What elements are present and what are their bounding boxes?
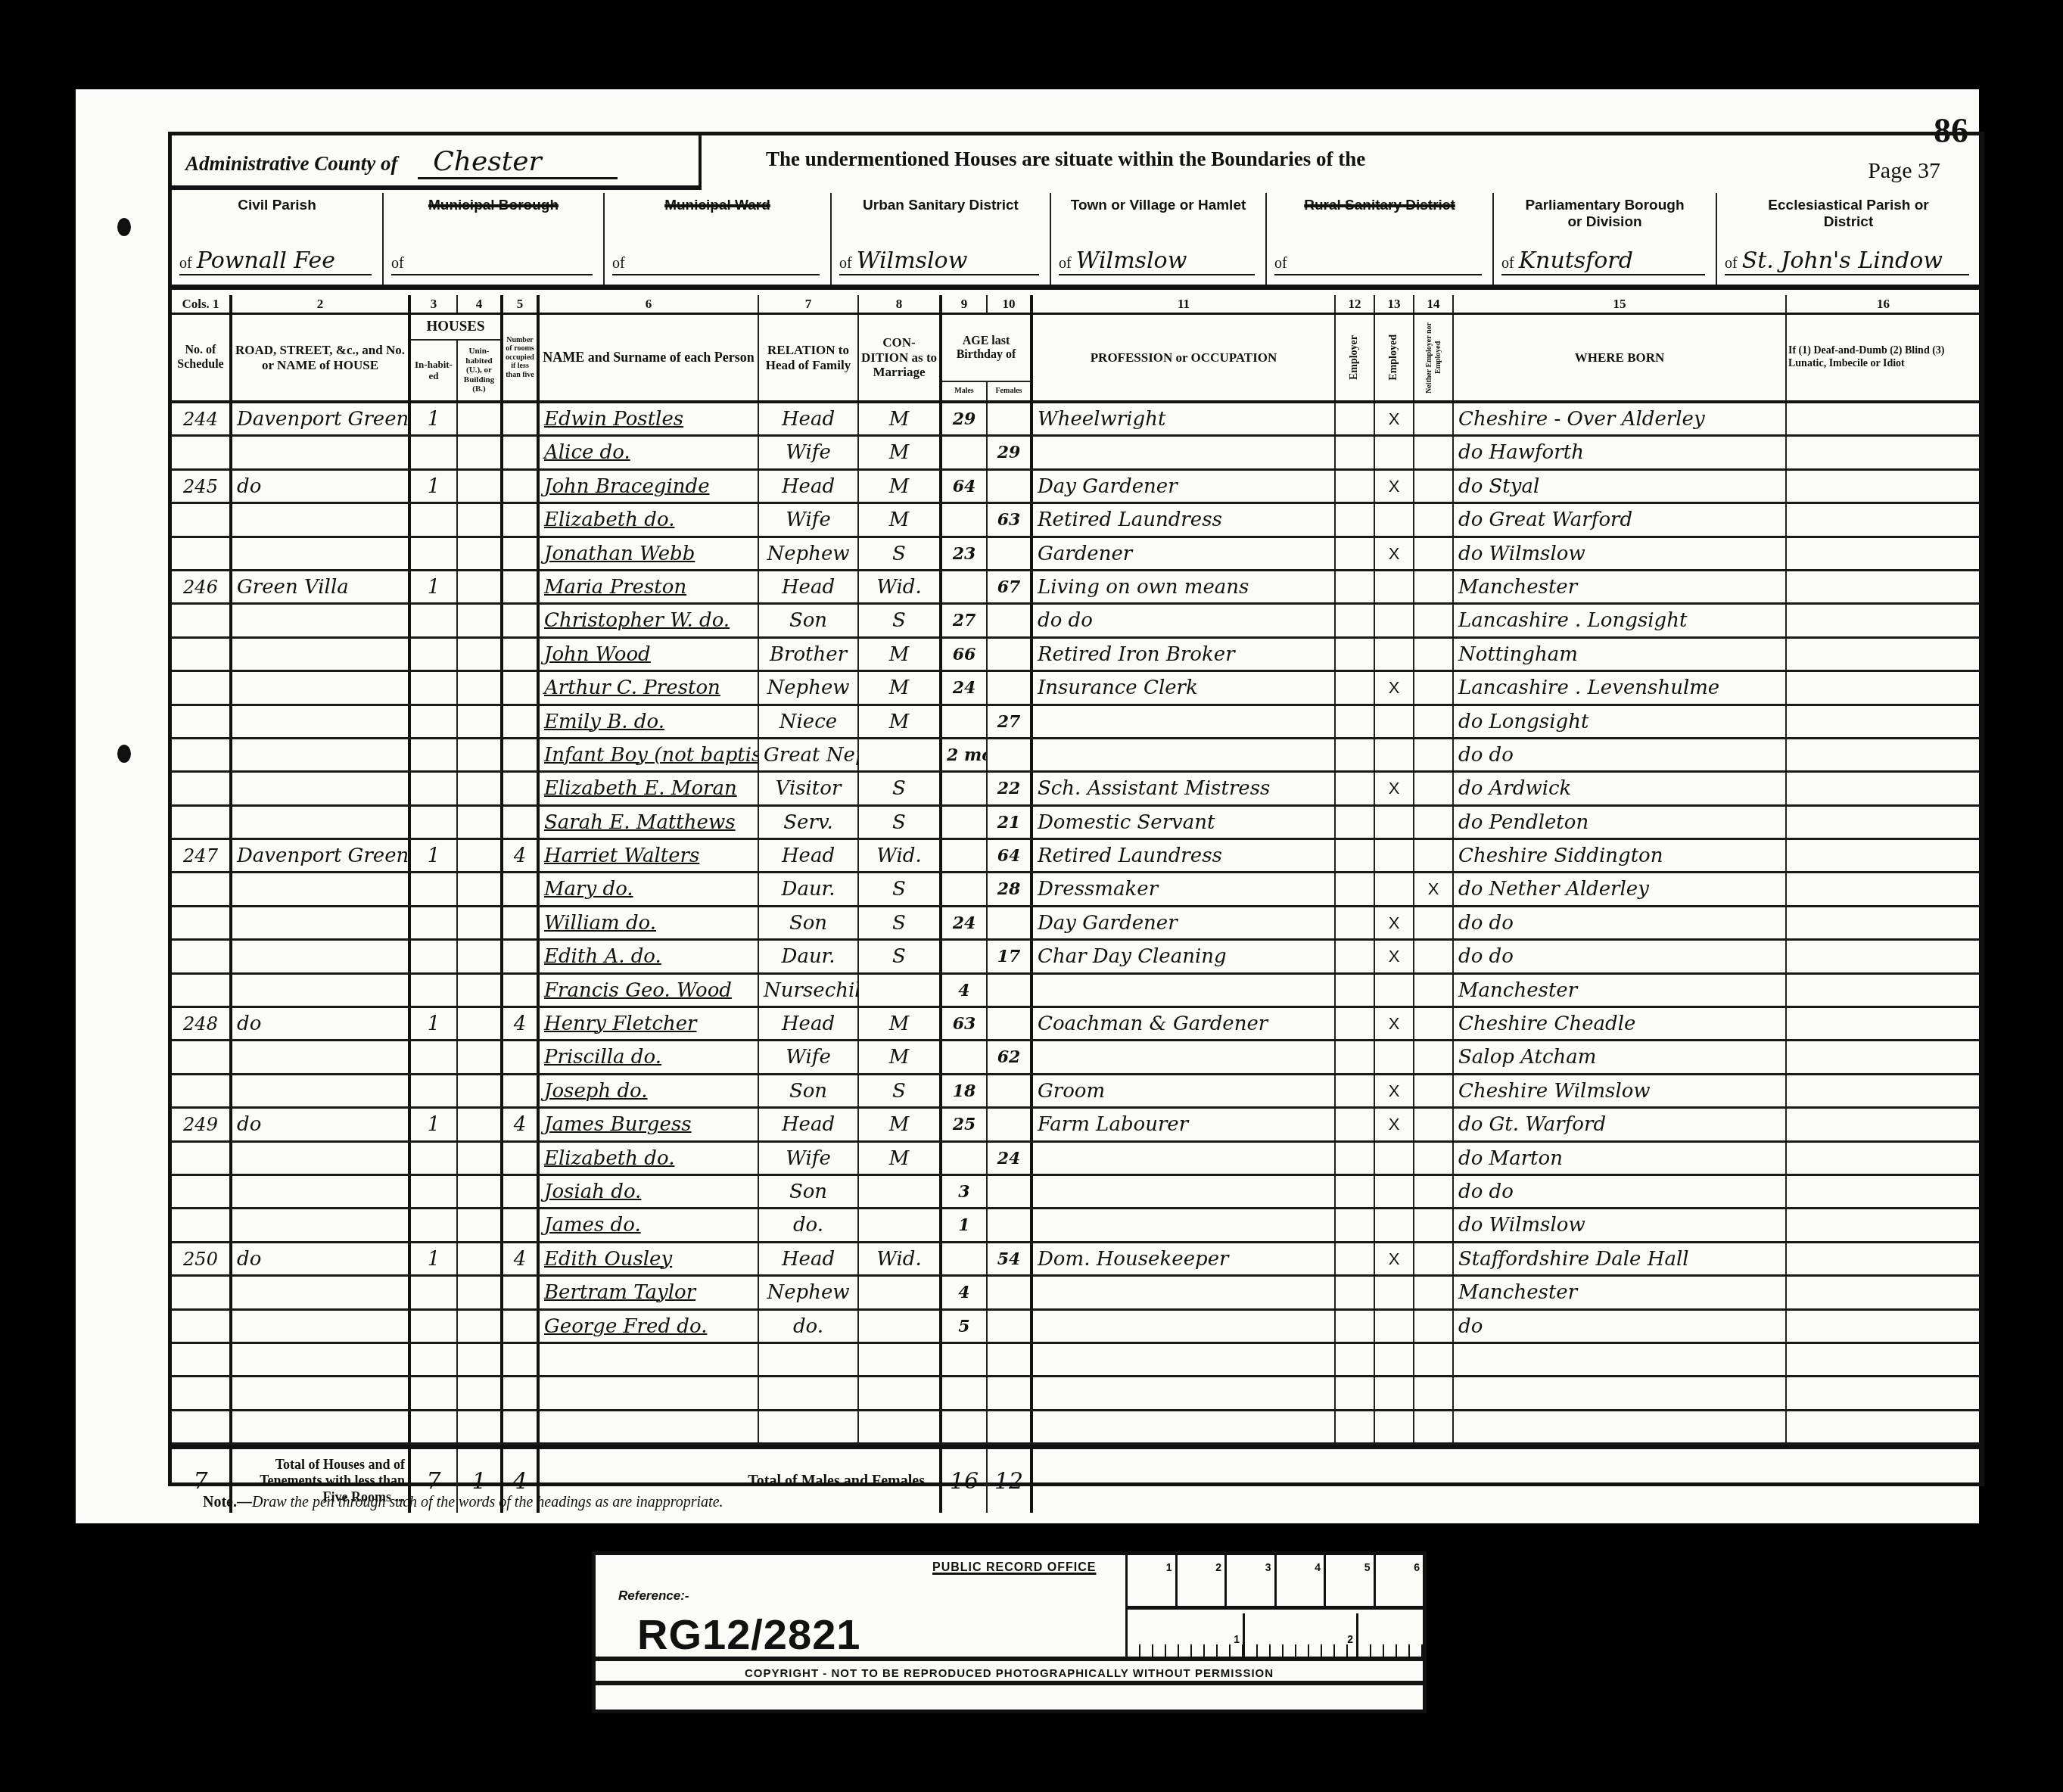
person-name: Edwin Postles [540, 403, 759, 434]
occupation: Gardener [1033, 538, 1336, 569]
schedule-number [172, 1176, 232, 1207]
table-row: William do.SonS24Day GardenerXdo do [172, 907, 1980, 941]
inhabited [411, 706, 458, 737]
rooms [503, 403, 540, 434]
condition: Wid. [859, 840, 942, 871]
neither-mark [1414, 471, 1454, 502]
scale-inch: 1 2 [1128, 1613, 1425, 1661]
schedule-number [172, 1143, 232, 1174]
relation: Son [759, 605, 859, 636]
rooms [503, 1411, 540, 1442]
schedule-number [172, 1377, 232, 1408]
uninhabited [458, 873, 503, 904]
where-born: do Longsight [1454, 706, 1787, 737]
male-age [942, 807, 988, 838]
colnum: 10 [988, 295, 1033, 313]
table-row: Arthur C. PrestonNephewM24Insurance Cler… [172, 672, 1980, 705]
employer-mark [1336, 538, 1375, 569]
infirmity [1787, 739, 1980, 770]
uninhabited [458, 907, 503, 938]
header-neither: Neither Employer nor Employed [1414, 315, 1454, 400]
scale-tick [1358, 1613, 1425, 1661]
of-prefix: of [612, 255, 625, 272]
table-row: 245do1John BracegindeHeadM64Day Gardener… [172, 471, 1980, 504]
neither-mark [1414, 1075, 1454, 1106]
table-row: Bertram TaylorNephew4Manchester [172, 1277, 1980, 1310]
header-employer-text: Employer [1349, 335, 1361, 380]
neither-mark [1414, 1243, 1454, 1274]
employed-mark [1375, 1143, 1414, 1174]
neither-mark [1414, 1209, 1454, 1240]
where-born: Salop Atcham [1454, 1041, 1787, 1072]
schedule-number [172, 1344, 232, 1375]
condition: S [859, 941, 942, 972]
schedule-number: 245 [172, 471, 232, 502]
condition: M [859, 471, 942, 502]
of-prefix: of [1274, 255, 1287, 272]
male-age [942, 840, 988, 871]
occupation: Insurance Clerk [1033, 672, 1336, 703]
male-age: 27 [942, 605, 988, 636]
employed-mark: X [1375, 672, 1414, 703]
schedule-number: 247 [172, 840, 232, 871]
rooms [503, 873, 540, 904]
reference-card: PUBLIC RECORD OFFICE Reference:- RG12/28… [592, 1551, 1427, 1713]
schedule-number [172, 437, 232, 468]
relation: do. [759, 1209, 859, 1240]
uninhabited [458, 1243, 503, 1274]
person-name: Elizabeth do. [540, 1143, 759, 1174]
occupation: Day Gardener [1033, 471, 1336, 502]
person-name: James Burgess [540, 1109, 759, 1140]
neither-mark [1414, 706, 1454, 737]
schedule-number [172, 873, 232, 904]
district-label: Town or Village or Hamlet [1051, 198, 1265, 214]
female-age: 28 [988, 873, 1033, 904]
condition: M [859, 437, 942, 468]
female-age [988, 639, 1033, 670]
occupation [1033, 437, 1336, 468]
district-value: of [612, 247, 820, 275]
condition [859, 1311, 942, 1342]
road-or-house: Davenport Green [232, 403, 411, 434]
occupation [1033, 706, 1336, 737]
scale-cm: 1 2 3 4 5 6 [1128, 1555, 1425, 1610]
occupation: Coachman & Gardener [1033, 1008, 1336, 1039]
schedule-number [172, 1277, 232, 1308]
female-age [988, 471, 1033, 502]
male-age [942, 1344, 988, 1375]
table-row: 249do14James BurgessHeadM25Farm Labourer… [172, 1109, 1980, 1142]
road-or-house [232, 1176, 411, 1207]
header-infirmity: If (1) Deaf-and-Dumb (2) Blind (3) Lunat… [1787, 315, 1980, 400]
male-age [942, 1041, 988, 1072]
uninhabited [458, 605, 503, 636]
table-row: 247Davenport Green14Harriet WaltersHeadW… [172, 840, 1980, 873]
employer-mark [1336, 975, 1375, 1006]
employer-mark [1336, 1109, 1375, 1140]
neither-mark: X [1414, 873, 1454, 904]
table-row: Elizabeth do.WifeM24do Marton [172, 1143, 1980, 1176]
employed-mark: X [1375, 941, 1414, 972]
occupation: Retired Laundress [1033, 840, 1336, 871]
relation: Visitor [759, 773, 859, 804]
rooms: 4 [503, 840, 540, 871]
neither-mark [1414, 941, 1454, 972]
employed-mark [1375, 1209, 1414, 1240]
where-born: do do [1454, 1176, 1787, 1207]
district-value: ofWilmslow [839, 247, 1039, 275]
employer-mark [1336, 807, 1375, 838]
employer-mark [1336, 605, 1375, 636]
condition [859, 739, 942, 770]
female-age: 63 [988, 504, 1033, 535]
where-born: do Marton [1454, 1143, 1787, 1174]
occupation: Dom. Housekeeper [1033, 1243, 1336, 1274]
schedule-number: 248 [172, 1008, 232, 1039]
person-name: Infant Boy (not baptised) [540, 739, 759, 770]
uninhabited [458, 975, 503, 1006]
employed-mark [1375, 975, 1414, 1006]
relation: Niece [759, 706, 859, 737]
inhabited [411, 1143, 458, 1174]
employed-mark: X [1375, 403, 1414, 434]
condition: M [859, 403, 942, 434]
female-age [988, 1075, 1033, 1106]
uninhabited [458, 538, 503, 569]
road-or-house [232, 739, 411, 770]
relation: Head [759, 1109, 859, 1140]
table-row: 244Davenport Green1Edwin PostlesHeadM29W… [172, 403, 1980, 437]
rooms [503, 1041, 540, 1072]
relation: Head [759, 1008, 859, 1039]
male-age: 66 [942, 639, 988, 670]
table-row: Jonathan WebbNephewS23GardenerXdo Wilmsl… [172, 538, 1980, 571]
person-name [540, 1377, 759, 1408]
relation: Son [759, 1176, 859, 1207]
inhabited [411, 1311, 458, 1342]
header-occupation: PROFESSION or OCCUPATION [1033, 315, 1336, 400]
rooms [503, 437, 540, 468]
uninhabited [458, 1277, 503, 1308]
admin-county-label: Administrative County of [185, 152, 398, 175]
neither-mark [1414, 1311, 1454, 1342]
uninhabited [458, 773, 503, 804]
male-age: 63 [942, 1008, 988, 1039]
uninhabited [458, 1344, 503, 1375]
rooms [503, 571, 540, 602]
road-or-house: do [232, 471, 411, 502]
neither-mark [1414, 672, 1454, 703]
relation: Daur. [759, 873, 859, 904]
where-born: Manchester [1454, 1277, 1787, 1308]
occupation: Dressmaker [1033, 873, 1336, 904]
colnum: 12 [1336, 295, 1375, 313]
inhabited [411, 873, 458, 904]
schedule-number [172, 639, 232, 670]
where-born: Nottingham [1454, 639, 1787, 670]
schedule-number [172, 504, 232, 535]
inhabited [411, 773, 458, 804]
employer-mark [1336, 1243, 1375, 1274]
inhabited: 1 [411, 471, 458, 502]
schedule-number: 249 [172, 1109, 232, 1140]
note-prefix: Note.— [203, 1494, 252, 1510]
reference-label: Reference:- [618, 1588, 689, 1604]
occupation [1033, 1209, 1336, 1240]
inhabited [411, 605, 458, 636]
uninhabited [458, 504, 503, 535]
neither-mark [1414, 1008, 1454, 1039]
female-age [988, 1109, 1033, 1140]
employed-mark: X [1375, 1243, 1414, 1274]
inhabited [411, 739, 458, 770]
road-or-house: Davenport Green [232, 840, 411, 871]
neither-mark [1414, 1041, 1454, 1072]
inhabited [411, 1377, 458, 1408]
male-age: 1 [942, 1209, 988, 1240]
uninhabited [458, 941, 503, 972]
road-or-house [232, 975, 411, 1006]
relation: Wife [759, 1143, 859, 1174]
colnum: 5 [503, 295, 540, 313]
relation: Brother [759, 639, 859, 670]
infirmity [1787, 975, 1980, 1006]
scale-tick: 2 [1178, 1555, 1228, 1606]
schedule-number: 250 [172, 1243, 232, 1274]
rooms [503, 605, 540, 636]
neither-mark [1414, 975, 1454, 1006]
rooms [503, 907, 540, 938]
female-age [988, 739, 1033, 770]
condition [859, 1411, 942, 1442]
table-row: 250do14Edith OusleyHeadWid.54Dom. Housek… [172, 1243, 1980, 1277]
header-relation: RELATION to Head of Family [759, 315, 859, 400]
uninhabited [458, 672, 503, 703]
uninhabited [458, 1311, 503, 1342]
infirmity [1787, 437, 1980, 468]
person-name: Francis Geo. Wood [540, 975, 759, 1006]
occupation: Sch. Assistant Mistress [1033, 773, 1336, 804]
where-born: do Wilmslow [1454, 538, 1787, 569]
neither-mark [1414, 840, 1454, 871]
relation: Nursechild [759, 975, 859, 1006]
male-age: 25 [942, 1109, 988, 1140]
inhabited [411, 807, 458, 838]
neither-mark [1414, 807, 1454, 838]
employer-mark [1336, 571, 1375, 602]
rooms [503, 1344, 540, 1375]
of-prefix: of [839, 255, 852, 272]
neither-mark [1414, 1344, 1454, 1375]
relation: do. [759, 1311, 859, 1342]
inhabited: 1 [411, 1008, 458, 1039]
district-ecclesiastical: Ecclesiastical Parish or District ofSt. … [1717, 193, 1980, 285]
road-or-house: do [232, 1243, 411, 1274]
table-row: George Fred do.do.5do [172, 1311, 1980, 1344]
condition: M [859, 1008, 942, 1039]
infirmity [1787, 1209, 1980, 1240]
employer-mark [1336, 941, 1375, 972]
employed-mark [1375, 873, 1414, 904]
district-urban-sanitary: Urban Sanitary District ofWilmslow [832, 193, 1051, 285]
schedule-number [172, 672, 232, 703]
district-value: ofWilmslow [1059, 247, 1255, 275]
schedule-number [172, 1075, 232, 1106]
district-municipal-ward: Municipal Ward of [605, 193, 832, 285]
colnum: 4 [458, 295, 503, 313]
where-born: do Great Warford [1454, 504, 1787, 535]
employer-mark [1336, 403, 1375, 434]
reference-code: RG12/2821 [637, 1610, 860, 1659]
total-females: 12 [988, 1449, 1033, 1513]
male-age [942, 706, 988, 737]
person-name: Joseph do. [540, 1075, 759, 1106]
male-age [942, 941, 988, 972]
person-name [540, 1411, 759, 1442]
road-or-house: Green Villa [232, 571, 411, 602]
colnum: 16 [1787, 295, 1980, 313]
relation: Wife [759, 1041, 859, 1072]
rooms [503, 639, 540, 670]
table-row: Elizabeth E. MoranVisitorS22Sch. Assista… [172, 773, 1980, 806]
of-prefix: of [179, 255, 192, 272]
colnum: 8 [859, 295, 942, 313]
header-age-group: AGE last Birthday of Males Females [942, 315, 1033, 400]
employer-mark [1336, 739, 1375, 770]
male-age [942, 571, 988, 602]
relation: Wife [759, 437, 859, 468]
male-age [942, 1143, 988, 1174]
neither-mark [1414, 1143, 1454, 1174]
of-prefix: of [1725, 255, 1738, 272]
neither-mark [1414, 907, 1454, 938]
occupation: Char Day Cleaning [1033, 941, 1336, 972]
employer-mark [1336, 1176, 1375, 1207]
inhabited [411, 538, 458, 569]
occupation [1033, 1311, 1336, 1342]
where-born: Staffordshire Dale Hall [1454, 1243, 1787, 1274]
employer-mark [1336, 1411, 1375, 1442]
occupation [1033, 1377, 1336, 1408]
district-town-village: Town or Village or Hamlet ofWilmslow [1051, 193, 1267, 285]
schedule-number [172, 1041, 232, 1072]
person-name: George Fred do. [540, 1311, 759, 1342]
female-age [988, 605, 1033, 636]
female-age: 21 [988, 807, 1033, 838]
infirmity [1787, 1411, 1980, 1442]
condition: Wid. [859, 571, 942, 602]
district-value-text: St. John's Lindow [1742, 247, 1943, 274]
admin-county-value: Chester [418, 146, 618, 179]
header-neither-text: Neither Employer nor Employed [1425, 316, 1442, 399]
employer-mark [1336, 1075, 1375, 1106]
male-age: 29 [942, 403, 988, 434]
female-age [988, 1008, 1033, 1039]
road-or-house [232, 1041, 411, 1072]
employer-mark [1336, 471, 1375, 502]
person-name: Arthur C. Preston [540, 672, 759, 703]
female-age: 64 [988, 840, 1033, 871]
infirmity [1787, 471, 1980, 502]
person-name: Henry Fletcher [540, 1008, 759, 1039]
person-name: Emily B. do. [540, 706, 759, 737]
road-or-house [232, 1377, 411, 1408]
employed-mark: X [1375, 538, 1414, 569]
employed-mark [1375, 1377, 1414, 1408]
uninhabited [458, 1377, 503, 1408]
occupation: Living on own means [1033, 571, 1336, 602]
relation: Nephew [759, 538, 859, 569]
colnum: 7 [759, 295, 859, 313]
colnum: 11 [1033, 295, 1336, 313]
relation: Nephew [759, 1277, 859, 1308]
rooms: 4 [503, 1109, 540, 1140]
employed-mark [1375, 1277, 1414, 1308]
road-or-house [232, 437, 411, 468]
person-name: Sarah E. Matthews [540, 807, 759, 838]
occupation: Farm Labourer [1033, 1109, 1336, 1140]
uninhabited [458, 1008, 503, 1039]
table-row: Francis Geo. WoodNursechild4Manchester [172, 975, 1980, 1008]
female-age [988, 1277, 1033, 1308]
relation: Son [759, 1075, 859, 1106]
inhabited [411, 1277, 458, 1308]
where-born: do do [1454, 941, 1787, 972]
occupation: Groom [1033, 1075, 1336, 1106]
schedule-number [172, 605, 232, 636]
neither-mark [1414, 639, 1454, 670]
where-born [1454, 1411, 1787, 1442]
schedule-number [172, 1411, 232, 1442]
infirmity [1787, 873, 1980, 904]
district-value: ofSt. John's Lindow [1725, 247, 1969, 275]
condition: S [859, 907, 942, 938]
schedule-number [172, 1311, 232, 1342]
condition: S [859, 605, 942, 636]
employed-mark [1375, 1041, 1414, 1072]
person-name: Josiah do. [540, 1176, 759, 1207]
district-rural-sanitary: Rural Sanitary District of [1267, 193, 1494, 285]
inhabited [411, 672, 458, 703]
male-age [942, 1377, 988, 1408]
header-road: ROAD, STREET, &c., and No. or NAME of HO… [232, 315, 411, 400]
condition: S [859, 1075, 942, 1106]
employed-mark: X [1375, 1008, 1414, 1039]
header-females: Females [988, 382, 1030, 400]
road-or-house [232, 706, 411, 737]
male-age [942, 1411, 988, 1442]
table-row [172, 1411, 1980, 1445]
inhabited: 1 [411, 1109, 458, 1140]
inhabited: 1 [411, 403, 458, 434]
of-prefix: of [1501, 255, 1514, 272]
table-row: Emily B. do.NieceM27do Longsight [172, 706, 1980, 739]
where-born: Manchester [1454, 571, 1787, 602]
heading-note: Note.—Draw the pen through such of the w… [203, 1494, 723, 1511]
male-age [942, 773, 988, 804]
district-civil-parish: Civil Parish ofPownall Fee [172, 193, 384, 285]
male-age: 3 [942, 1176, 988, 1207]
header-houses-group: HOUSES In-habit-ed Unin-habited (U.), or… [411, 315, 503, 400]
road-or-house: do [232, 1008, 411, 1039]
relation: Son [759, 907, 859, 938]
uninhabited [458, 739, 503, 770]
schedule-number [172, 773, 232, 804]
female-age [988, 1176, 1033, 1207]
totals-blank [1033, 1449, 1980, 1513]
male-age: 24 [942, 672, 988, 703]
